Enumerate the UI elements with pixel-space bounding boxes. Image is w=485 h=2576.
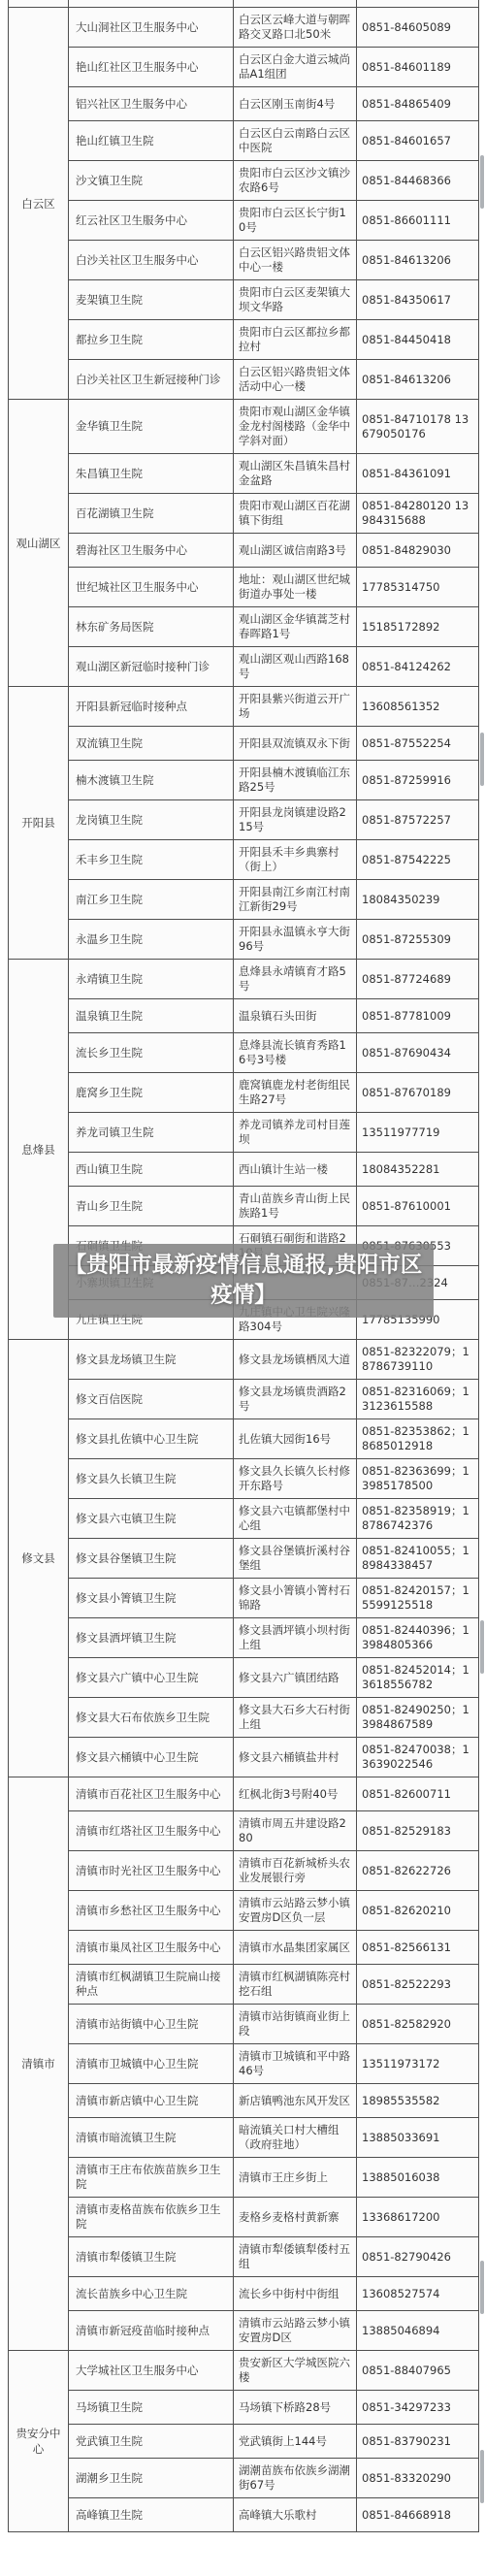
site-address: 贵阳市白云区都拉乡都拉村 — [234, 320, 357, 359]
site-name: 白沙关社区卫生服务中心 — [69, 241, 234, 279]
site-phone: 0851-82452014；13618556782 — [357, 1658, 478, 1697]
site-address: 暗流镇关口村大槽组（政府驻地） — [234, 2118, 357, 2157]
table-row: 世纪城社区卫生服务中心 地址：观山湖区世纪城街道办事处一楼 1778531475… — [69, 568, 478, 607]
site-phone: 0851-83790231 — [357, 2425, 478, 2458]
site-address: 开阳县禾丰乡典寨村（街上） — [234, 840, 357, 879]
site-name: 西山镇卫生院 — [69, 1153, 234, 1186]
site-name: 百花湖镇卫生院 — [69, 494, 234, 533]
table-row: 鹿窝乡卫生院 鹿窝镇鹿龙村老街组民生路27号 0851-87670189 — [69, 1073, 478, 1113]
site-name: 碧海社区卫生服务中心 — [69, 534, 234, 567]
table-row: 龙岗镇卫生院 开阳县龙岗镇建设路215号 0851-87572257 — [69, 800, 478, 840]
district-label: 清镇市 — [9, 1777, 69, 2350]
table-row: 楠木渡镇卫生院 开阳县楠木渡镇临江东路25号 0851-87259916 — [69, 761, 478, 800]
table-row: 养龙司镇卫生院 养龙司镇养龙司村目莲坝 13511977719 — [69, 1113, 478, 1153]
site-address: 流长乡中街村中街组 — [234, 2277, 357, 2310]
site-name: 沙文镇卫生院 — [69, 161, 234, 200]
site-name: 高峰镇卫生院 — [69, 2498, 234, 2531]
site-address: 白云区铝兴路贵铝文体中心一楼 — [234, 241, 357, 279]
table-row: 清镇市时光社区卫生服务中心 清镇市百花新城桥头农业发展银行旁 0851-8262… — [69, 1851, 478, 1891]
district-section: 观山湖区 金华镇卫生院 贵阳市观山湖区金华镇金龙村阁楼路（金华中学斜对面） 08… — [9, 400, 478, 687]
scrollbar-thumb[interactable] — [480, 733, 484, 786]
site-name: 清镇市乡愁社区卫生服务中心 — [69, 1891, 234, 1930]
site-phone: 13608561352 — [357, 687, 478, 726]
site-address: 高峰镇大乐歌村 — [234, 2498, 357, 2531]
site-phone: 0851-87255309 — [357, 920, 478, 959]
site-address: 修文县久长镇久长村修开东路号 — [234, 1459, 357, 1498]
site-name: 鹿窝乡卫生院 — [69, 1073, 234, 1112]
site-address: 贵阳市白云区沙文镇沙农路6号 — [234, 161, 357, 200]
table-row: 艳山红社区卫生服务中心 白云区白金大道云城尚品A1组团 0851-8460118… — [69, 48, 478, 87]
site-name: 清镇市站街镇中心卫生院 — [69, 2005, 234, 2043]
site-phone: 0851-84124262 — [357, 647, 478, 686]
site-address: 观山湖区朱昌镇朱昌村金盆路 — [234, 454, 357, 493]
site-phone: 0851-87670189 — [357, 1073, 478, 1112]
site-address: 清镇市云站路云梦小镇安置房D区负一层 — [234, 1891, 357, 1930]
site-phone: 18084350239 — [357, 880, 478, 919]
table-row: 永靖镇卫生院 息烽县永靖镇育才路5号 0851-87724689 — [69, 960, 478, 999]
table-row: 西山镇卫生院 西山镇计生站一楼 18084352281 — [69, 1153, 478, 1187]
table-row: 党武镇卫生院 党武镇街上144号 0851-83790231 — [69, 2425, 478, 2459]
site-address: 清镇市站街镇商业街上段 — [234, 2005, 357, 2043]
site-phone: 0851-87690434 — [357, 1033, 478, 1072]
table-row: 铝兴社区卫生服务中心 白云区刚玉南街4号 0851-84865409 — [69, 87, 478, 121]
site-name: 修文县扎佐镇中心卫生院 — [69, 1419, 234, 1458]
site-name: 麦架镇卫生院 — [69, 280, 234, 319]
site-address: 清镇市百花新城桥头农业发展银行旁 — [234, 1851, 357, 1890]
table-row: 清镇市红枫湖镇卫生院扁山接种点 清镇市红枫湖镇陈亮村挖石组 0851-82522… — [69, 1965, 478, 2005]
site-address: 党武镇街上144号 — [234, 2425, 357, 2458]
site-name: 清镇市犁倭镇卫生院 — [69, 2237, 234, 2276]
site-phone: 0851-88407965 — [357, 2351, 478, 2390]
site-phone: 0851-82582920 — [357, 2005, 478, 2043]
district-cell-partial — [9, 0, 69, 7]
site-address: 贵阳市观山湖区百花湖镇下街组 — [234, 494, 357, 533]
table-row: 清镇市王庄布依族苗族乡卫生院 清镇市王庄乡街上 13885016038 — [69, 2158, 478, 2198]
site-address: 贵阳市白云区长宁街10号 — [234, 201, 357, 240]
site-phone: 0851-84361091 — [357, 454, 478, 493]
site-name: 白沙关社区卫生新冠接种门诊 — [69, 360, 234, 399]
site-phone: 13885016038 — [357, 2158, 478, 2197]
site-address — [234, 0, 357, 7]
district-section: 清镇市 清镇市百花社区卫生服务中心 红枫北街3号附40号 0851-826007… — [9, 1777, 478, 2351]
site-name: 大山洞社区卫生服务中心 — [69, 8, 234, 47]
table-row: 清镇市麦格苗族布依族乡卫生院 麦格乡麦格村黄新寨 13368617200 — [69, 2198, 478, 2237]
site-phone: 0851-84865409 — [357, 87, 478, 120]
site-address: 修文县六屯镇都堡村中心组 — [234, 1499, 357, 1538]
site-name: 清镇市王庄布依族苗族乡卫生院 — [69, 2158, 234, 2197]
site-phone: 0851-84613206 — [357, 360, 478, 399]
site-address: 扎佐镇大园街16号 — [234, 1419, 357, 1458]
site-name: 清镇市暗流镇卫生院 — [69, 2118, 234, 2157]
site-address: 开阳县龙岗镇建设路215号 — [234, 800, 357, 839]
site-phone: 13885033691 — [357, 2118, 478, 2157]
table-row: 百花湖镇卫生院 贵阳市观山湖区百花湖镇下街组 0851-84280120 139… — [69, 494, 478, 534]
site-address: 修文县洒坪镇小坝村街上组 — [234, 1618, 357, 1657]
site-name: 清镇市红枫湖镇卫生院扁山接种点 — [69, 1965, 234, 2004]
table-row: 禾丰乡卫生院 开阳县禾丰乡典寨村（街上） 0851-87542225 — [69, 840, 478, 880]
site-name: 马场镇卫生院 — [69, 2391, 234, 2424]
site-name: 世纪城社区卫生服务中心 — [69, 568, 234, 606]
table-row: 清镇市巢凤社区卫生服务中心 清镇市水晶集团家属区 0851-82566131 — [69, 1931, 478, 1965]
table-row: 麦架镇卫生院 贵阳市白云区麦架镇大坝文华路 0851-84350617 — [69, 280, 478, 320]
scrollbar-thumb[interactable] — [480, 2261, 484, 2314]
table-row: 修文县久长镇卫生院 修文县久长镇久长村修开东路号 0851-82363699；1… — [69, 1459, 478, 1499]
site-address: 开阳县双流镇双永下街 — [234, 727, 357, 760]
site-address: 开阳县楠木渡镇临江东路25号 — [234, 761, 357, 799]
site-address: 鹿窝镇鹿龙村老街组民生路27号 — [234, 1073, 357, 1112]
site-name: 南江乡卫生院 — [69, 880, 234, 919]
table-row: 修文县扎佐镇中心卫生院 扎佐镇大园街16号 0851-82353862；1868… — [69, 1419, 478, 1459]
table-row: 清镇市站街镇中心卫生院 清镇市站街镇商业街上段 0851-82582920 — [69, 2005, 478, 2044]
site-phone: 0851-84613206 — [357, 241, 478, 279]
site-address: 观山湖区诚信南路3号 — [234, 534, 357, 567]
table-row: 清镇市乡愁社区卫生服务中心 清镇市云站路云梦小镇安置房D区负一层 0851-82… — [69, 1891, 478, 1931]
site-phone: 0851-87542225 — [357, 840, 478, 879]
site-phone: 0851-84350617 — [357, 280, 478, 319]
table-row: 清镇市暗流镇卫生院 暗流镇关口村大槽组（政府驻地） 13885033691 — [69, 2118, 478, 2158]
site-name: 修文县六桶镇中心卫生院 — [69, 1738, 234, 1777]
district-label: 贵安分中心 — [9, 2351, 69, 2531]
site-name: 楠木渡镇卫生院 — [69, 761, 234, 799]
table-row: 清镇市新冠疫苗临时接种点 清镇市云站路云梦小镇安置房D区 13885046894 — [69, 2311, 478, 2350]
district-section: 贵安分中心 大学城社区卫生服务中心 贵安新区大学城医院六楼 0851-88407… — [9, 2351, 478, 2532]
site-name: 党武镇卫生院 — [69, 2425, 234, 2458]
table-row: 大山洞社区卫生服务中心 白云区云峰大道与朝晖路交叉路口北50米 0851-846… — [69, 8, 478, 48]
district-section: 修文县 修文县龙场镇卫生院 修文县龙场镇栖凤大道 0851-82322079；1… — [9, 1340, 478, 1777]
site-phone: 0851-34297233 — [357, 2391, 478, 2424]
site-address: 修文县六广镇团结路 — [234, 1658, 357, 1697]
site-phone: 0851-82420157；15599125518 — [357, 1579, 478, 1617]
site-address: 清镇市水晶集团家属区 — [234, 1931, 357, 1964]
site-phone: 0851-84450418 — [357, 320, 478, 359]
site-name: 修文县谷堡镇卫生院 — [69, 1539, 234, 1578]
table-row: 修文县大石布依族乡卫生院 修文县大石乡大石村街上组 0851-82490250；… — [69, 1698, 478, 1738]
site-name: 温泉镇卫生院 — [69, 999, 234, 1032]
site-address: 清镇市红枫湖镇陈亮村挖石组 — [234, 1965, 357, 2004]
site-name: 清镇市新店镇中心卫生院 — [69, 2084, 234, 2117]
site-name: 清镇市红塔社区卫生服务中心 — [69, 1811, 234, 1850]
site-phone: 0851-87572257 — [357, 800, 478, 839]
district-section: 白云区 大山洞社区卫生服务中心 白云区云峰大道与朝晖路交叉路口北50米 0851… — [9, 8, 478, 400]
table-row: 清镇市百花社区卫生服务中心 红枫北街3号附40号 0851-82600711 — [69, 1777, 478, 1811]
site-address: 修文县大石乡大石村街上组 — [234, 1698, 357, 1737]
table-row: 白沙关社区卫生服务中心 白云区铝兴路贵铝文体中心一楼 0851-84613206 — [69, 241, 478, 280]
site-phone: 0851-82522293 — [357, 1965, 478, 2004]
site-phone: 0851-82410055；18984338457 — [357, 1539, 478, 1578]
table-row: 湖潮乡卫生院 湖潮苗族布依族乡湖潮街67号 0851-83320290 — [69, 2459, 478, 2498]
table-row: 青山乡卫生院 青山苗族乡青山街上民族路1号 0851-87610001 — [69, 1187, 478, 1226]
site-address: 修文县六桶镇盐井村 — [234, 1738, 357, 1777]
site-name — [69, 0, 234, 7]
site-address: 开阳县永温镇永亨大街96号 — [234, 920, 357, 959]
site-name: 修文县小箐镇卫生院 — [69, 1579, 234, 1617]
site-phone: 13608527574 — [357, 2277, 478, 2310]
table-row: 修文百信医院 修文县龙场镇贵酒路2号 0851-82316069；1312361… — [69, 1380, 478, 1419]
table-row: 修文县六桶镇中心卫生院 修文县六桶镇盐井村 0851-82470038；1363… — [69, 1738, 478, 1777]
site-name: 清镇市巢凤社区卫生服务中心 — [69, 1931, 234, 1964]
site-address: 西山镇计生站一楼 — [234, 1153, 357, 1186]
site-name: 清镇市麦格苗族布依族乡卫生院 — [69, 2198, 234, 2236]
site-phone: 0851-82470038；13639022546 — [357, 1738, 478, 1777]
table-row: 碧海社区卫生服务中心 观山湖区诚信南路3号 0851-84829030 — [69, 534, 478, 568]
site-name: 湖潮乡卫生院 — [69, 2459, 234, 2497]
table-row: 沙文镇卫生院 贵阳市白云区沙文镇沙农路6号 0851-84468366 — [69, 161, 478, 201]
table-row: 南江乡卫生院 开阳县南江乡南江村南江新街29号 18084350239 — [69, 880, 478, 920]
banner-text: 【贵阳市最新疫情信息通报,贵阳市区疫情】 — [65, 1253, 423, 1308]
site-phone: 0851-84601189 — [357, 48, 478, 86]
site-name: 金华镇卫生院 — [69, 400, 234, 453]
table-row: 开阳县新冠临时接种点 开阳县紫兴街道云开广场 13608561352 — [69, 687, 478, 727]
site-phone: 0851-82566131 — [357, 1931, 478, 1964]
table-row: 修文县六广镇中心卫生院 修文县六广镇团结路 0851-82452014；1361… — [69, 1658, 478, 1698]
site-phone: 0851-84605089 — [357, 8, 478, 47]
site-address: 贵阳市白云区麦架镇大坝文华路 — [234, 280, 357, 319]
site-address: 贵阳市观山湖区金华镇金龙村阁楼路（金华中学斜对面） — [234, 400, 357, 453]
site-name: 大学城社区卫生服务中心 — [69, 2351, 234, 2390]
site-address: 清镇市云站路云梦小镇安置房D区 — [234, 2311, 357, 2350]
site-address: 白云区白云南路白云区中医院 — [234, 121, 357, 160]
site-address: 清镇市王庄乡街上 — [234, 2158, 357, 2197]
table-row: 修文县小箐镇卫生院 修文县小箐镇小箐村石锦路 0851-82420157；155… — [69, 1579, 478, 1618]
table-row: 修文县龙场镇卫生院 修文县龙场镇栖凤大道 0851-82322079；18786… — [69, 1340, 478, 1380]
site-phone: 0851-82322079；18786739110 — [357, 1340, 478, 1379]
district-label: 白云区 — [9, 8, 69, 399]
site-name: 修文县六屯镇卫生院 — [69, 1499, 234, 1538]
site-address: 新店镇鸭池东风开发区 — [234, 2084, 357, 2117]
site-phone: 0851-86601111 — [357, 201, 478, 240]
table-row: 清镇市新店镇中心卫生院 新店镇鸭池东风开发区 18985535582 — [69, 2084, 478, 2118]
site-address: 息烽县永靖镇育才路5号 — [234, 960, 357, 998]
site-name: 观山湖区新冠临时接种门诊 — [69, 647, 234, 686]
site-address: 养龙司镇养龙司村目莲坝 — [234, 1113, 357, 1152]
site-phone: 0851-84601657 — [357, 121, 478, 160]
table-row: 白沙关社区卫生新冠接种门诊 白云区铝兴路贵铝文体活动中心一楼 0851-8461… — [69, 360, 478, 399]
cutoff-row-top — [9, 0, 478, 8]
site-phone: 13885046894 — [357, 2311, 478, 2350]
site-address: 修文县龙场镇栖凤大道 — [234, 1340, 357, 1379]
site-phone: 0851-82316069；13123615588 — [357, 1380, 478, 1418]
site-address: 清镇市卫城镇和平中路46号 — [234, 2044, 357, 2083]
site-phone: 0851-87781009 — [357, 999, 478, 1032]
site-name: 清镇市百花社区卫生服务中心 — [69, 1777, 234, 1810]
table-row: 修文县洒坪镇卫生院 修文县洒坪镇小坝村街上组 0851-82440396；139… — [69, 1618, 478, 1658]
site-name: 都拉乡卫生院 — [69, 320, 234, 359]
site-phone: 0851-82529183 — [357, 1811, 478, 1850]
site-address: 清镇市犁倭镇犁倭村五组 — [234, 2237, 357, 2276]
table-row — [69, 0, 478, 7]
site-phone: 13511973172 — [357, 2044, 478, 2083]
scrollbar-thumb[interactable] — [480, 155, 484, 209]
site-phone: 0851-82358919；18786742376 — [357, 1499, 478, 1538]
site-phone: 0851-87610001 — [357, 1187, 478, 1225]
table-row: 清镇市卫城镇中心卫生院 清镇市卫城镇和平中路46号 13511973172 — [69, 2044, 478, 2084]
site-name: 修文县洒坪镇卫生院 — [69, 1618, 234, 1657]
site-name: 清镇市卫城镇中心卫生院 — [69, 2044, 234, 2083]
site-address: 开阳县紫兴街道云开广场 — [234, 687, 357, 726]
site-address: 修文县小箐镇小箐村石锦路 — [234, 1579, 357, 1617]
site-address: 白云区白金大道云城尚品A1组团 — [234, 48, 357, 86]
district-section: 开阳县 开阳县新冠临时接种点 开阳县紫兴街道云开广场 13608561352 双… — [9, 687, 478, 960]
site-name: 禾丰乡卫生院 — [69, 840, 234, 879]
site-phone: 0851-87552254 — [357, 727, 478, 760]
site-address: 麦格乡麦格村黄新寨 — [234, 2198, 357, 2236]
site-address: 开阳县南江乡南江村南江新街29号 — [234, 880, 357, 919]
table-row: 高峰镇卫生院 高峰镇大乐歌村 0851-84668918 — [69, 2498, 478, 2531]
table-row: 马场镇卫生院 马场镇下桥路28号 0851-34297233 — [69, 2391, 478, 2425]
site-address: 地址：观山湖区世纪城街道办事处一楼 — [234, 568, 357, 606]
table-row: 双流镇卫生院 开阳县双流镇双永下街 0851-87552254 — [69, 727, 478, 761]
site-name: 养龙司镇卫生院 — [69, 1113, 234, 1152]
site-phone: 0851-82620210 — [357, 1891, 478, 1930]
table-row: 清镇市犁倭镇卫生院 清镇市犁倭镇犁倭村五组 0851-82790426 — [69, 2237, 478, 2277]
table-row: 流长乡卫生院 息烽县流长镇育秀路16号3号楼 0851-87690434 — [69, 1033, 478, 1073]
site-name: 清镇市新冠疫苗临时接种点 — [69, 2311, 234, 2350]
table-row: 修文县谷堡镇卫生院 修文县谷堡镇折溪村谷堡组 0851-82410055；189… — [69, 1539, 478, 1579]
site-address: 温泉镇石头田街 — [234, 999, 357, 1032]
district-label: 开阳县 — [9, 687, 69, 959]
site-phone: 0851-82600711 — [357, 1777, 478, 1810]
site-name: 修文县大石布依族乡卫生院 — [69, 1698, 234, 1737]
site-phone: 0851-84280120 13984315688 — [357, 494, 478, 533]
site-address: 白云区刚玉南街4号 — [234, 87, 357, 120]
site-phone: 0851-87259916 — [357, 761, 478, 799]
table-row: 艳山红镇卫生院 白云区白云南路白云区中医院 0851-84601657 — [69, 121, 478, 161]
site-name: 永靖镇卫生院 — [69, 960, 234, 998]
site-phone: 17785314750 — [357, 568, 478, 606]
site-address: 青山苗族乡青山街上民族路1号 — [234, 1187, 357, 1225]
site-address: 观山湖区金华镇蒿芝村春晖路1号 — [234, 607, 357, 646]
scrollbar-thumb[interactable] — [480, 1620, 484, 1674]
site-name: 清镇市时光社区卫生服务中心 — [69, 1851, 234, 1890]
site-name: 艳山红社区卫生服务中心 — [69, 48, 234, 86]
site-name: 双流镇卫生院 — [69, 727, 234, 760]
site-phone: 0851-82622726 — [357, 1851, 478, 1890]
site-name: 修文县久长镇卫生院 — [69, 1459, 234, 1498]
table-row: 永温乡卫生院 开阳县永温镇永亨大街96号 0851-87255309 — [69, 920, 478, 959]
site-address: 贵安新区大学城医院六楼 — [234, 2351, 357, 2390]
table-row: 温泉镇卫生院 温泉镇石头田街 0851-87781009 — [69, 999, 478, 1033]
site-phone: 0851-83320290 — [357, 2459, 478, 2497]
site-address: 白云区云峰大道与朝晖路交叉路口北50米 — [234, 8, 357, 47]
site-phone: 0851-84468366 — [357, 161, 478, 200]
site-name: 修文百信医院 — [69, 1380, 234, 1418]
site-address: 观山湖区观山西路168号 — [234, 647, 357, 686]
site-address: 白云区铝兴路贵铝文体活动中心一楼 — [234, 360, 357, 399]
site-name: 流长乡卫生院 — [69, 1033, 234, 1072]
site-address: 红枫北街3号附40号 — [234, 1777, 357, 1810]
site-address: 修文县龙场镇贵酒路2号 — [234, 1380, 357, 1418]
site-name: 红云社区卫生服务中心 — [69, 201, 234, 240]
site-name: 永温乡卫生院 — [69, 920, 234, 959]
site-name: 流长苗族乡中心卫生院 — [69, 2277, 234, 2310]
site-name: 开阳县新冠临时接种点 — [69, 687, 234, 726]
table-row: 朱昌镇卫生院 观山湖区朱昌镇朱昌村金盆路 0851-84361091 — [69, 454, 478, 494]
site-name: 朱昌镇卫生院 — [69, 454, 234, 493]
site-phone: 13511977719 — [357, 1113, 478, 1152]
district-label: 观山湖区 — [9, 400, 69, 686]
scrollbar-thumb[interactable] — [480, 2450, 484, 2503]
news-banner-overlay: 【贵阳市最新疫情信息通报,贵阳市区疫情】 — [53, 1244, 434, 1318]
table-row: 清镇市红塔社区卫生服务中心 清镇市周五井建设路280 0851-82529183 — [69, 1811, 478, 1851]
site-name: 修文县龙场镇卫生院 — [69, 1340, 234, 1379]
site-phone: 0851-87724689 — [357, 960, 478, 998]
site-phone: 18084352281 — [357, 1153, 478, 1186]
site-phone — [357, 0, 478, 7]
district-label: 修文县 — [9, 1340, 69, 1777]
table-row: 观山湖区新冠临时接种门诊 观山湖区观山西路168号 0851-84124262 — [69, 647, 478, 686]
site-phone: 0851-82490250；13984867589 — [357, 1698, 478, 1737]
table-row: 红云社区卫生服务中心 贵阳市白云区长宁街10号 0851-86601111 — [69, 201, 478, 241]
site-phone: 0851-82440396；13984805366 — [357, 1618, 478, 1657]
site-phone: 0851-82790426 — [357, 2237, 478, 2276]
site-name: 龙岗镇卫生院 — [69, 800, 234, 839]
site-phone: 0851-84668918 — [357, 2498, 478, 2531]
site-phone: 18985535582 — [357, 2084, 478, 2117]
table-row: 修文县六屯镇卫生院 修文县六屯镇都堡村中心组 0851-82358919；187… — [69, 1499, 478, 1539]
table-row: 大学城社区卫生服务中心 贵安新区大学城医院六楼 0851-88407965 — [69, 2351, 478, 2391]
site-name: 铝兴社区卫生服务中心 — [69, 87, 234, 120]
site-phone: 0851-82363699；13985178500 — [357, 1459, 478, 1498]
site-name: 艳山红镇卫生院 — [69, 121, 234, 160]
site-address: 马场镇下桥路28号 — [234, 2391, 357, 2424]
site-address: 息烽县流长镇育秀路16号3号楼 — [234, 1033, 357, 1072]
site-phone: 0851-82353862；18685012918 — [357, 1419, 478, 1458]
site-phone: 0851-84829030 — [357, 534, 478, 567]
table-row: 金华镇卫生院 贵阳市观山湖区金华镇金龙村阁楼路（金华中学斜对面） 0851-84… — [69, 400, 478, 454]
site-name: 林东矿务局医院 — [69, 607, 234, 646]
site-address: 清镇市周五井建设路280 — [234, 1811, 357, 1850]
table-row: 都拉乡卫生院 贵阳市白云区都拉乡都拉村 0851-84450418 — [69, 320, 478, 360]
site-name: 青山乡卫生院 — [69, 1187, 234, 1225]
table-row: 流长苗族乡中心卫生院 流长乡中街村中街组 13608527574 — [69, 2277, 478, 2311]
site-address: 湖潮苗族布依族乡湖潮街67号 — [234, 2459, 357, 2497]
site-name: 修文县六广镇中心卫生院 — [69, 1658, 234, 1697]
site-phone: 13368617200 — [357, 2198, 478, 2236]
site-phone: 0851-84710178 13679050176 — [357, 400, 478, 453]
site-phone: 15185172892 — [357, 607, 478, 646]
site-address: 修文县谷堡镇折溪村谷堡组 — [234, 1539, 357, 1578]
table-row: 林东矿务局医院 观山湖区金华镇蒿芝村春晖路1号 15185172892 — [69, 607, 478, 647]
